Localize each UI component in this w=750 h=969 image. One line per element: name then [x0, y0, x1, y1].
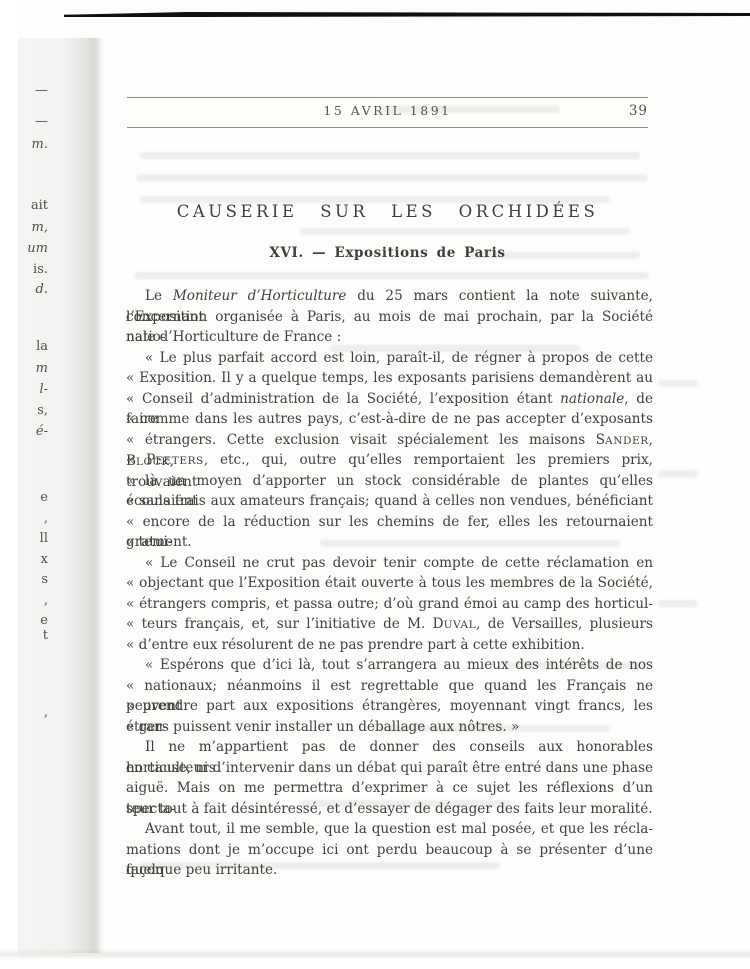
text-line: « Exposition. Il y a quelque temps, les … [126, 368, 653, 389]
text-line: « étrangers compris, et passa outre; d’o… [126, 594, 653, 615]
edge-text-fragment: e [16, 614, 48, 628]
text-line: « prendre part aux expositions étrangère… [126, 696, 653, 717]
bleedthrough-mark [136, 174, 648, 181]
scan-bottom-edge [0, 949, 750, 959]
edge-text-fragment: t [16, 629, 48, 643]
edge-text-fragment: s, [16, 404, 48, 418]
text-line: « tement. [126, 532, 653, 553]
bleedthrough-mark [658, 380, 698, 387]
edge-text-fragment: um [16, 242, 48, 256]
text-line: Il ne m’appartient pas de donner des con… [126, 737, 653, 758]
edge-text-fragment: , [16, 594, 48, 608]
text-line: « sans frais aux amateurs français; quan… [126, 491, 653, 512]
text-line: mations dont je m’occupe ici ont perdu b… [126, 840, 653, 861]
text-line: « nationaux; néanmoins il est regrettabl… [126, 676, 653, 697]
text-line: « PEETERS, etc., qui, outre qu’elles rem… [126, 450, 653, 471]
text-line: « étrangers. Cette exclusion visait spéc… [126, 430, 653, 451]
text-line: Le Moniteur d’Horticulture du 25 mars co… [126, 286, 653, 307]
scan-top-edge [64, 12, 750, 17]
text-line: nale d’Horticulture de France : [126, 327, 653, 348]
bleedthrough-mark [658, 600, 698, 607]
edge-text-fragment: , [16, 512, 48, 526]
text-line: teur tout à fait désintéressé, et d’essa… [126, 799, 653, 820]
edge-text-fragment: l- [16, 383, 48, 397]
text-line: aiguë. Mais on me permettra d’exprimer à… [126, 778, 653, 799]
text-line: « teurs français, et, sur l’initiative d… [126, 614, 653, 635]
scanned-page: ——m.aitm,umis.d.laml-s,é-e,llxs,et, 15 A… [0, 0, 750, 969]
text-line: « Le Conseil ne crut pas devoir tenir co… [126, 553, 653, 574]
text-line: « là un moyen d’apporter un stock consid… [126, 471, 653, 492]
edge-text-fragment: — [16, 115, 48, 129]
header-rule-top [127, 97, 648, 98]
text-line: « Espérons que d’ici là, tout s’arranger… [126, 655, 653, 676]
edge-text-fragment: ll [16, 532, 48, 546]
article-body: Le Moniteur d’Horticulture du 25 mars co… [126, 286, 653, 881]
edge-text-fragment: s [16, 573, 48, 587]
edge-text-fragment: e [16, 491, 48, 505]
section-heading: XVI. — Expositions de Paris [127, 245, 648, 261]
edge-text-fragment: , [16, 706, 48, 720]
text-line: Avant tout, il me semble, que la questio… [126, 819, 653, 840]
text-line: « Le plus parfait accord est loin, paraî… [126, 348, 653, 369]
edge-text-fragment: — [16, 84, 48, 98]
page-number: 39 [127, 103, 648, 119]
text-line: en cause, ni d’intervenir dans un débat … [126, 758, 653, 779]
text-line: quelque peu irritante. [126, 860, 653, 881]
text-line: « comme dans les autres pays, c’est-à-di… [126, 409, 653, 430]
edge-text-fragment: d. [16, 283, 48, 297]
text-line: « objectant que l’Exposition était ouver… [126, 573, 653, 594]
header-rule-bottom [127, 127, 648, 128]
edge-text-fragment: m [16, 362, 48, 376]
text-line: « d’entre eux résolurent de ne pas prend… [126, 635, 653, 656]
edge-text-fragment: la [16, 340, 48, 354]
article-title: CAUSERIE SUR LES ORCHIDÉES [127, 202, 648, 221]
edge-text-fragment: m. [16, 138, 48, 152]
text-line: « gers puissent venir installer un débal… [126, 717, 653, 738]
edge-text-fragment: ait [16, 199, 48, 213]
edge-text-fragment: m, [16, 221, 48, 235]
scanner-bed-bottom [0, 959, 750, 969]
text-line: « Conseil d’administration de la Société… [126, 389, 653, 410]
text-line: l’Exposition organisée à Paris, au mois … [126, 307, 653, 328]
bleedthrough-mark [658, 470, 698, 477]
bleedthrough-mark [140, 152, 640, 159]
bleedthrough-mark [134, 272, 649, 279]
edge-text-fragment: is. [16, 263, 48, 277]
edge-text-fragment: é- [16, 425, 48, 439]
edge-text-fragment: x [16, 553, 48, 567]
text-line: « encore de la réduction sur les chemins… [126, 512, 653, 533]
bleedthrough-mark [300, 228, 630, 235]
